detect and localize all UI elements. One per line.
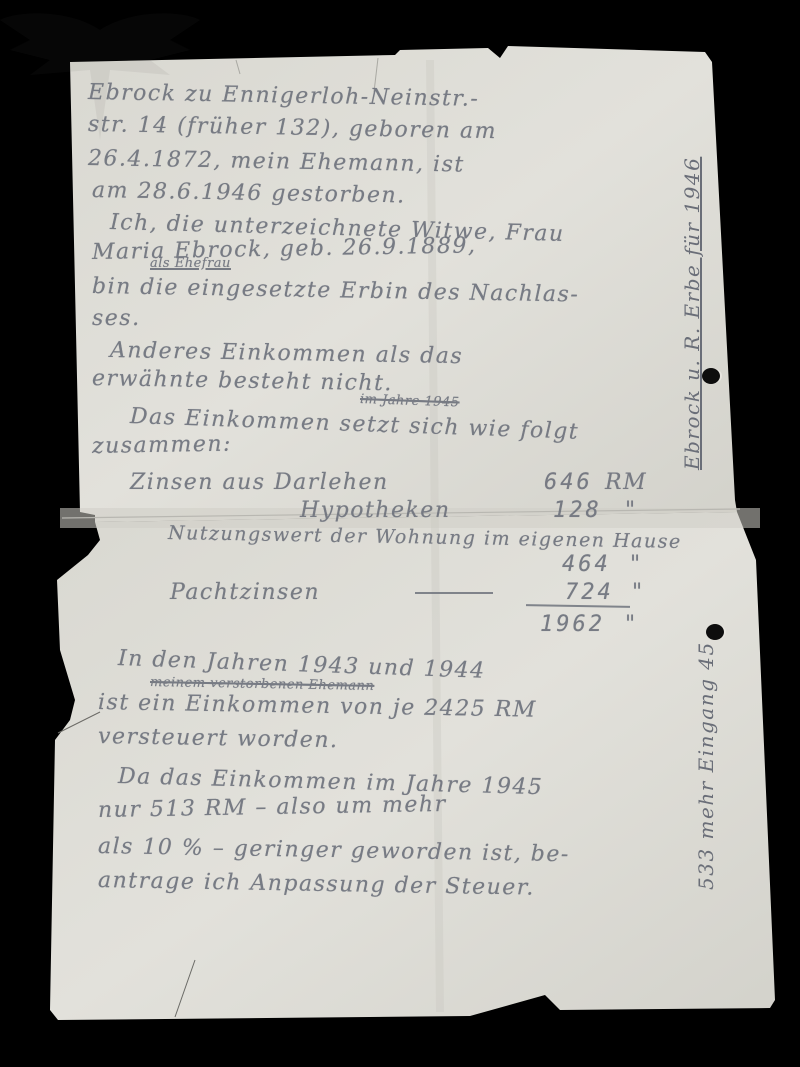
handwritten-line: ses.: [92, 306, 141, 331]
income-total-unit: ": [625, 612, 637, 637]
handwritten-line: zusammen:: [92, 432, 232, 459]
income-row-label: Zinsen aus Darlehen: [130, 470, 389, 495]
dash-rule: [415, 592, 493, 594]
income-row-unit: ": [625, 498, 637, 523]
document-photo: Ebrock zu Ennigerloh-Neinstr.- str. 14 (…: [0, 0, 800, 1067]
income-total-value: 1962: [540, 612, 605, 637]
income-row-value: 464: [562, 552, 611, 577]
margin-note-upper: Ebrock u. R. Erbe für 1946: [680, 157, 704, 470]
handwritten-insertion: als Ehefrau: [150, 256, 231, 271]
punch-hole: [702, 368, 720, 384]
income-row-label: Pachtzinsen: [170, 580, 320, 605]
income-row-value: 724: [565, 580, 614, 605]
income-row-unit: ": [630, 552, 642, 577]
handwritten-line: versteuert worden.: [98, 724, 339, 753]
punch-hole: [706, 624, 724, 640]
income-row-value: 646: [544, 470, 593, 495]
income-row-unit: RM: [605, 470, 647, 495]
income-row-label: Hypotheken: [300, 498, 451, 523]
income-row-value: 128: [553, 498, 602, 523]
handwritten-line: erwähnte besteht nicht.: [92, 366, 393, 396]
income-row-unit: ": [632, 580, 644, 605]
margin-note-lower: 533 mehr Eingang 45: [694, 641, 718, 890]
